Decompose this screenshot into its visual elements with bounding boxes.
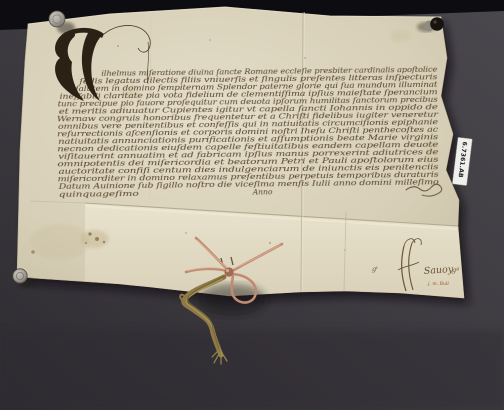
chancery-signature-suffix: gª xyxy=(452,266,459,274)
chancery-signature: Sauoy xyxy=(423,264,454,277)
manuscript-final-line-left: quinquageſimo xyxy=(59,189,140,199)
photo-of-parchment-charter: ilhelmus miſeratione diuina ſancte Roman… xyxy=(0,0,504,410)
chancery-subnote: j. m. Bull xyxy=(427,281,449,287)
cord-knot xyxy=(224,267,233,276)
background-lower-shade xyxy=(0,330,504,410)
manuscript-text-block: ilhelmus miſeratione diuina ſancte Roman… xyxy=(56,65,442,201)
cord-knot-highlight xyxy=(226,269,230,273)
chancery-left-mark: gᵗ xyxy=(372,265,378,273)
manuscript-final-line-word: Anno xyxy=(252,187,273,196)
